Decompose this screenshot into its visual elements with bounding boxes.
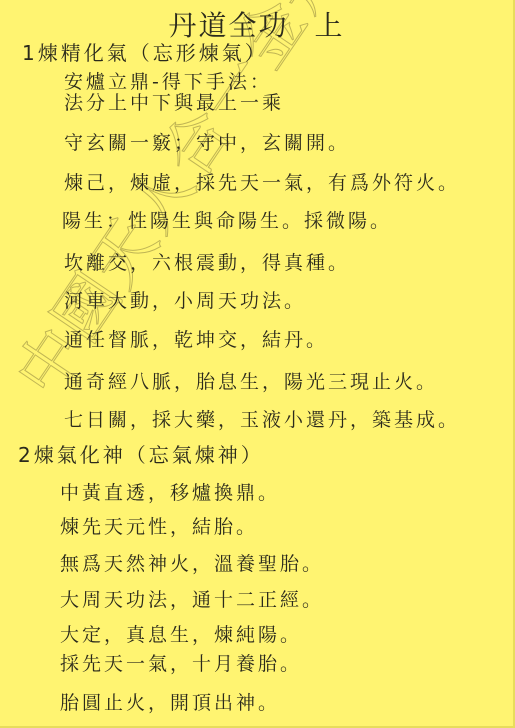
title-suffix: 上 — [315, 9, 345, 42]
section-2-line: 大定，真息生，煉純陽。 — [60, 624, 302, 646]
section-1-line: 安爐立鼎-得下手法： — [64, 71, 272, 93]
section-1-line: 煉己，煉虛，採先天一氣，有爲外符火。 — [64, 172, 460, 194]
page-title: 丹道全功上 — [0, 4, 513, 44]
section-1-line: 守玄關一竅；守中，玄關開。 — [64, 132, 350, 154]
section-heading-1: 1煉精化氣（忘形煉氣） — [22, 42, 268, 64]
section-1-line: 法分上中下與最上一乘 — [64, 92, 284, 114]
section-1-line: 七日關，採大藥，玉液小還丹，築基成。 — [64, 409, 460, 431]
section-heading-2: 2煉氣化神（忘氣煉神） — [18, 444, 264, 466]
section-1-line: 陽生：性陽生與命陽生。採微陽。 — [62, 210, 392, 232]
section-2-line: 煉先天元性，結胎。 — [60, 516, 258, 538]
section-1-line: 通任督脈，乾坤交，結丹。 — [64, 329, 328, 351]
section-2-line: 採先天一氣，十月養胎。 — [60, 653, 302, 675]
section-2-line: 大周天功法，通十二正經。 — [60, 589, 324, 611]
section-1-line: 通奇經八脈，胎息生，陽光三現止火。 — [64, 371, 438, 393]
section-2-line: 胎圓止火，開頂出神。 — [60, 692, 280, 714]
title-text: 丹道全功 — [168, 9, 288, 42]
section-2-line: 無爲天然神火，溫養聖胎。 — [60, 553, 324, 575]
section-2-line: 中黃直透，移爐換鼎。 — [60, 482, 280, 504]
document-page: 中國天人合一金丹鼎會 丹道全功上 1煉精化氣（忘形煉氣） 安爐立鼎-得下手法： … — [0, 0, 515, 728]
section-1-line: 河車大動，小周天功法。 — [64, 290, 306, 312]
section-1-line: 坎離交，六根震動，得真種。 — [64, 252, 350, 274]
